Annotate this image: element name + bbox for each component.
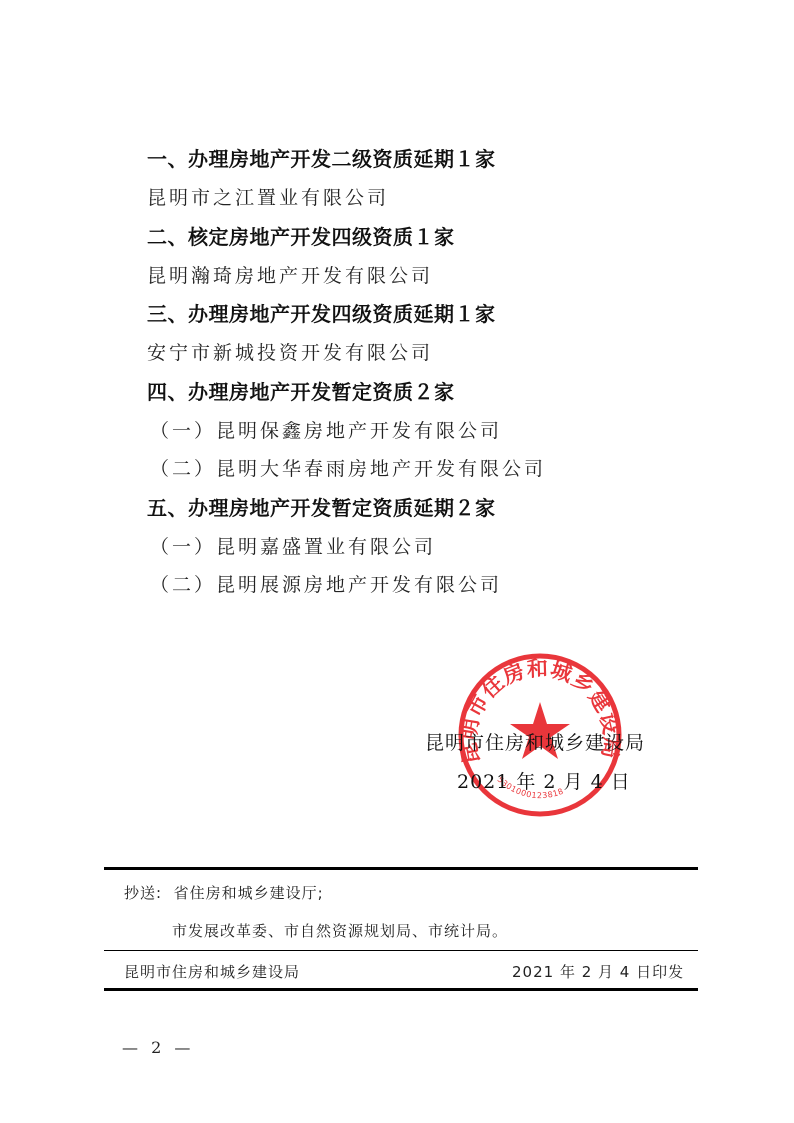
print-date: 2021 年 2 月 4 日印发 xyxy=(512,961,684,982)
company-item: （一）昆明嘉盛置业有限公司 xyxy=(150,534,436,560)
cc-recipient-1: 省住房和城乡建设厅; xyxy=(174,884,324,902)
printer-name: 昆明市住房和城乡建设局 xyxy=(124,961,300,982)
footer-top-rule xyxy=(104,867,698,870)
company-item: （一）昆明保鑫房地产开发有限公司 xyxy=(150,418,502,444)
section-heading-5: 五、办理房地产开发暂定资质延期２家 xyxy=(147,495,496,521)
document-page: 一、办理房地产开发二级资质延期１家 昆明市之江置业有限公司 二、核定房地产开发四… xyxy=(0,0,794,1123)
page-number: — 2 — xyxy=(122,1038,194,1057)
company-item: 昆明瀚琦房地产开发有限公司 xyxy=(147,263,433,289)
issuer-signature: 昆明市住房和城乡建设局 xyxy=(425,728,645,755)
section-heading-1: 一、办理房地产开发二级资质延期１家 xyxy=(147,146,496,172)
section-heading-2: 二、核定房地产开发四级资质１家 xyxy=(147,224,455,250)
company-item: 昆明市之江置业有限公司 xyxy=(147,185,389,211)
company-item: （二）昆明大华春雨房地产开发有限公司 xyxy=(150,456,546,482)
cc-label: 抄送: xyxy=(124,884,162,902)
issue-date: 2021 年 2 月 4 日 xyxy=(457,767,631,794)
company-item: 安宁市新城投资开发有限公司 xyxy=(147,340,433,366)
cc-recipient-2: 市发展改革委、市自然资源规划局、市统计局。 xyxy=(172,920,508,941)
section-heading-3: 三、办理房地产开发四级资质延期１家 xyxy=(147,301,496,327)
footer-bottom-rule xyxy=(104,988,698,991)
section-heading-4: 四、办理房地产开发暂定资质２家 xyxy=(147,379,455,405)
cc-row-1: 抄送: 省住房和城乡建设厅; xyxy=(124,882,324,903)
footer-middle-rule xyxy=(104,950,698,951)
company-item: （二）昆明展源房地产开发有限公司 xyxy=(150,572,502,598)
